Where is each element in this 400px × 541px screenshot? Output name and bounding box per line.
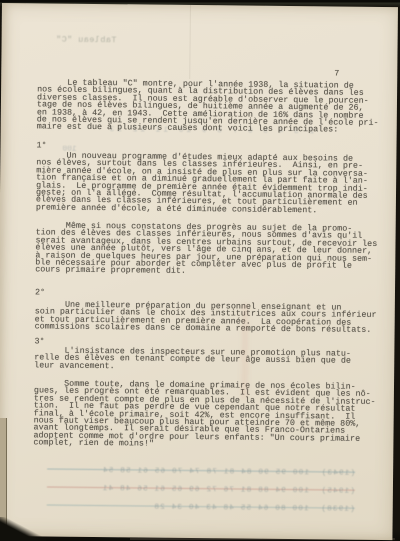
- typewritten-text-area: 7 Le tableau "C" montre, pour l'année 19…: [2, 3, 398, 7]
- page-corner-shadow: [0, 517, 46, 541]
- paragraph: Somme toute, dans le domaine primaire de…: [33, 380, 375, 450]
- bleedthrough-table: (1943) 100 95 90 84 81 78 74 70 65 61 58…: [2, 3, 398, 7]
- bleedthrough-table-row: (1943) 100 95 90 84 81 78 74 70 65 61 58…: [47, 458, 355, 472]
- paragraph: Un nouveau programme d'études mieux adap…: [36, 152, 368, 215]
- ink-smudge: [241, 304, 249, 400]
- bleedthrough-table-row: (1945) 100 94 88 81 76 72 69 65 61 56 48…: [47, 476, 355, 490]
- paragraph: Une meilleure préparation du personnel e…: [35, 301, 377, 334]
- paragraph: L'insistance des inspecteurs sur une pro…: [34, 347, 351, 373]
- section-marker: 1°: [36, 142, 46, 150]
- bleedthrough-table-row: (1938) 100 80 64 55 48 43 40 34 28: [47, 494, 355, 508]
- bleedthrough-row-text: (1938) 100 80 64 55 48 43 40 34 28: [153, 504, 355, 514]
- paper-crease: [189, 5, 191, 79]
- bleedthrough-row-text: (1945) 100 94 88 81 76 72 69 65 61 56 48…: [102, 485, 355, 496]
- paragraph: Même si nous constatons des progrès au s…: [35, 222, 377, 277]
- page-number: 7: [334, 70, 339, 77]
- scanned-document-page: Tableau "C" 2 3 4 5 6 7 8 9 10 11 12 13 …: [0, 3, 398, 540]
- photograph-of-document: { "document": { "page_number": "7", "lan…: [0, 0, 400, 541]
- section-marker: 2°: [35, 289, 45, 297]
- bleedthrough-row-text: (1943) 100 95 90 84 81 78 74 70 65 61 58…: [102, 467, 355, 478]
- paragraph: Le tableau "C" montre, pour l'année 1938…: [37, 79, 379, 134]
- bleedthrough-title: Tableau "C": [56, 35, 117, 46]
